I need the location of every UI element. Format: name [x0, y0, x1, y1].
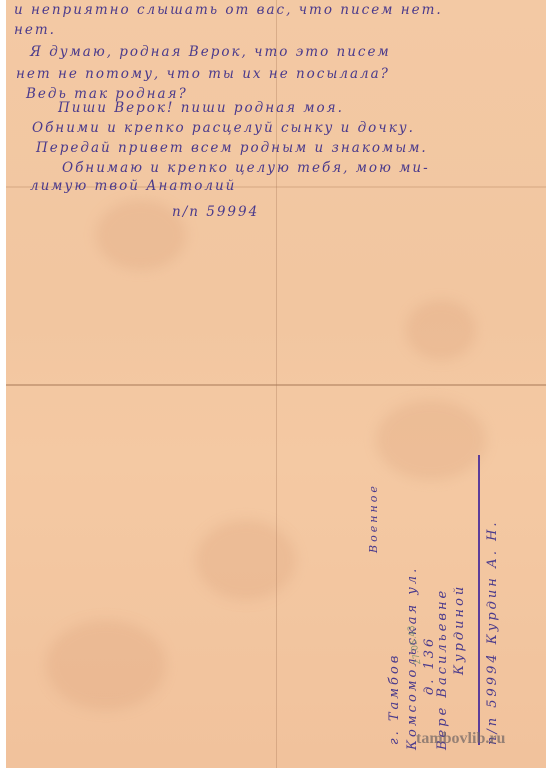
letter-line: Пиши Верок! пиши родная моя.	[58, 100, 344, 116]
letter-line: Я думаю, родная Верок, что это писем	[30, 44, 391, 60]
address-line: Вере Васильевне	[435, 588, 450, 750]
letter-line: Передай привет всем родным и знакомым.	[36, 140, 428, 156]
stain	[196, 520, 296, 600]
letter-line: Обнимаю и крепко целую тебя, мою ми-	[62, 160, 430, 176]
address-line: г. Тамбов	[387, 653, 402, 745]
address-line: Военное	[367, 483, 380, 553]
stain	[376, 400, 486, 480]
field-post-number: п/п 59994	[172, 204, 259, 220]
stain	[46, 620, 166, 710]
stain	[406, 300, 476, 360]
letter-line: нет.	[14, 22, 56, 38]
address-divider	[478, 455, 480, 745]
address-line: п/п 59994 Курдин А. Н.	[485, 519, 500, 745]
signature-line: лимую твой Анатолий	[30, 178, 236, 194]
address-line: Курдиной	[452, 584, 467, 675]
letter-line: Обними и крепко расцелуй сынку и дочку.	[32, 120, 415, 136]
letter-line: и неприятно слышать от вас, что писем не…	[14, 2, 443, 18]
letter-line: нет не потому, что ты их не посылала?	[16, 66, 390, 82]
watermark: tambovlib.ru	[416, 730, 505, 748]
